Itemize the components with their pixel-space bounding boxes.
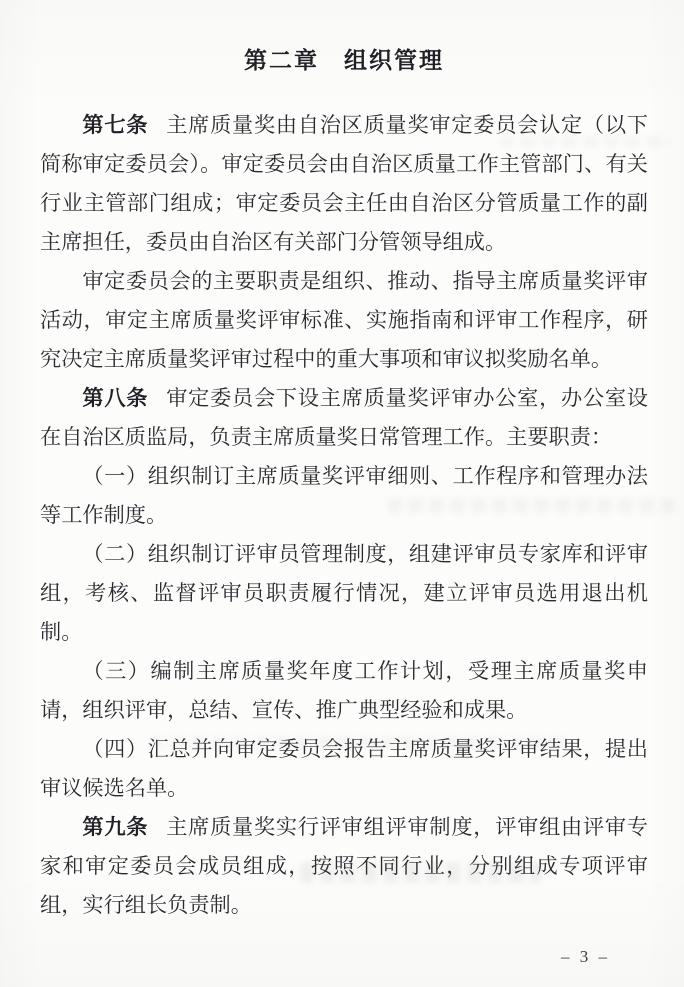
paragraph-text: 审定委员会的主要职责是组织、推动、指导主席质量奖评审活动，审定主席质量奖评审标准… <box>40 269 648 371</box>
paragraph-duties: 审定委员会的主要职责是组织、推动、指导主席质量奖评审活动，审定主席质量奖评审标准… <box>40 262 648 379</box>
paragraph-article-7: 第七条主席质量奖由自治区质量奖审定委员会认定（以下简称审定委员会）。审定委员会由… <box>40 106 648 262</box>
paragraph-article-9: 第九条主席质量奖实行评审组评审制度，评审组由评审专家和审定委员会成员组成，按照不… <box>40 808 648 925</box>
paragraph-text: （一）组织制订主席质量奖评审细则、工作程序和管理办法等工作制度。 <box>40 464 648 527</box>
paragraph-text: （四）汇总并向审定委员会报告主席质量奖评审结果，提出审议候选名单。 <box>40 737 648 800</box>
paragraph-item-2: （二）组织制订评审员管理制度，组建评审员专家库和评审组，考核、监督评审员职责履行… <box>40 535 648 652</box>
chapter-heading: 第二章 组织管理 <box>40 42 648 75</box>
paragraph-item-3: （三）编制主席质量奖年度工作计划，受理主席质量奖申请，组织评审，总结、宣传、推广… <box>40 652 648 730</box>
article-number: 第八条 <box>82 386 148 410</box>
page-number: – 3 – <box>561 947 610 967</box>
paragraph-item-1: （一）组织制订主席质量奖评审细则、工作程序和管理办法等工作制度。 <box>40 457 648 535</box>
article-number: 第七条 <box>82 113 148 137</box>
paragraph-text: （三）编制主席质量奖年度工作计划，受理主席质量奖申请，组织评审，总结、宣传、推广… <box>40 659 648 722</box>
paragraph-text: （二）组织制订评审员管理制度，组建评审员专家库和评审组，考核、监督评审员职责履行… <box>40 542 648 644</box>
article-number: 第九条 <box>82 815 148 839</box>
paragraph-item-4: （四）汇总并向审定委员会报告主席质量奖评审结果，提出审议候选名单。 <box>40 730 648 808</box>
paragraph-article-8: 第八条审定委员会下设主席质量奖评审办公室，办公室设在自治区质监局，负责主席质量奖… <box>40 379 648 457</box>
document-body: 第二章 组织管理 第七条主席质量奖由自治区质量奖审定委员会认定（以下简称审定委员… <box>40 42 648 925</box>
scanned-document-page: 第二章 组织管理 第七条主席质量奖由自治区质量奖审定委员会认定（以下简称审定委员… <box>0 0 684 987</box>
